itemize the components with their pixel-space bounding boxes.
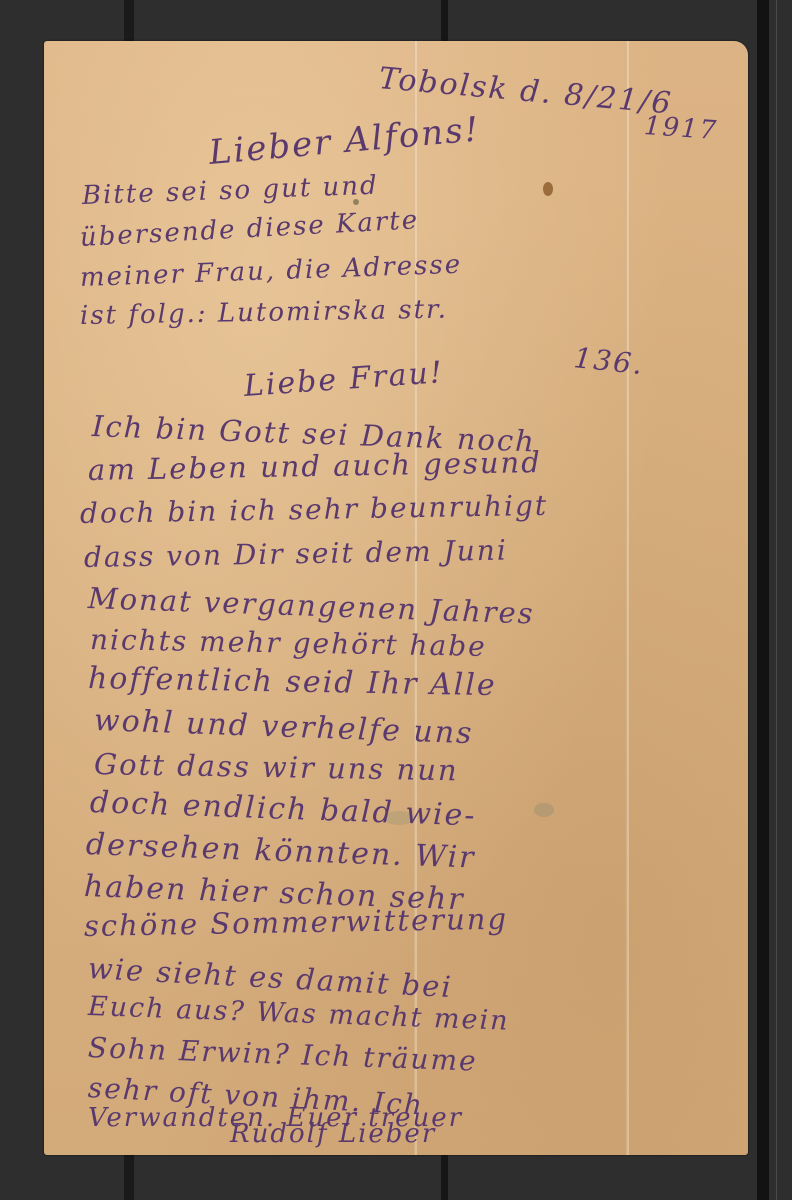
note-line: übersende diese Karte (79, 205, 420, 253)
fold-line-right (626, 41, 629, 1155)
letter-line: schöne Sommerwitterung (84, 902, 509, 943)
letter-line: doch bin ich sehr beunruhigt (80, 489, 549, 530)
letter-line: nichts mehr gehört habe (90, 623, 487, 663)
smudge (534, 803, 554, 817)
letter-line: Gott dass wir uns nun (94, 747, 459, 787)
letter-line: hoffentlich seid Ihr Alle (88, 661, 497, 703)
album-line-right (776, 0, 777, 1200)
note-line: 136. (572, 341, 645, 381)
letter-line: dersehen könnten. Wir (85, 827, 476, 876)
letter-line: dass von Dir seit dem Juni (84, 534, 508, 574)
ink-stain (543, 182, 553, 196)
note-line: ist folg.: Lutomirska str. (80, 295, 448, 331)
letter-line: doch endlich bald wie- (89, 785, 477, 833)
place-date: Tobolsk d. 8/21/6 (377, 61, 673, 122)
signature: Rudolf Lieber (230, 1119, 436, 1149)
note-line: Bitte sei so gut und (81, 171, 379, 211)
letter-line: wohl und verhelfe uns (93, 703, 474, 751)
note-line: meiner Frau, die Adresse (79, 250, 462, 293)
year: 1917 (643, 111, 719, 146)
salutation-alfons: Lieber Alfons! (207, 109, 481, 173)
postcard: Tobolsk d. 8/21/6 1917 Lieber Alfons! Bi… (44, 41, 748, 1155)
album-strip-right (757, 0, 769, 1200)
letter-line: am Leben und auch gesund (88, 445, 542, 487)
